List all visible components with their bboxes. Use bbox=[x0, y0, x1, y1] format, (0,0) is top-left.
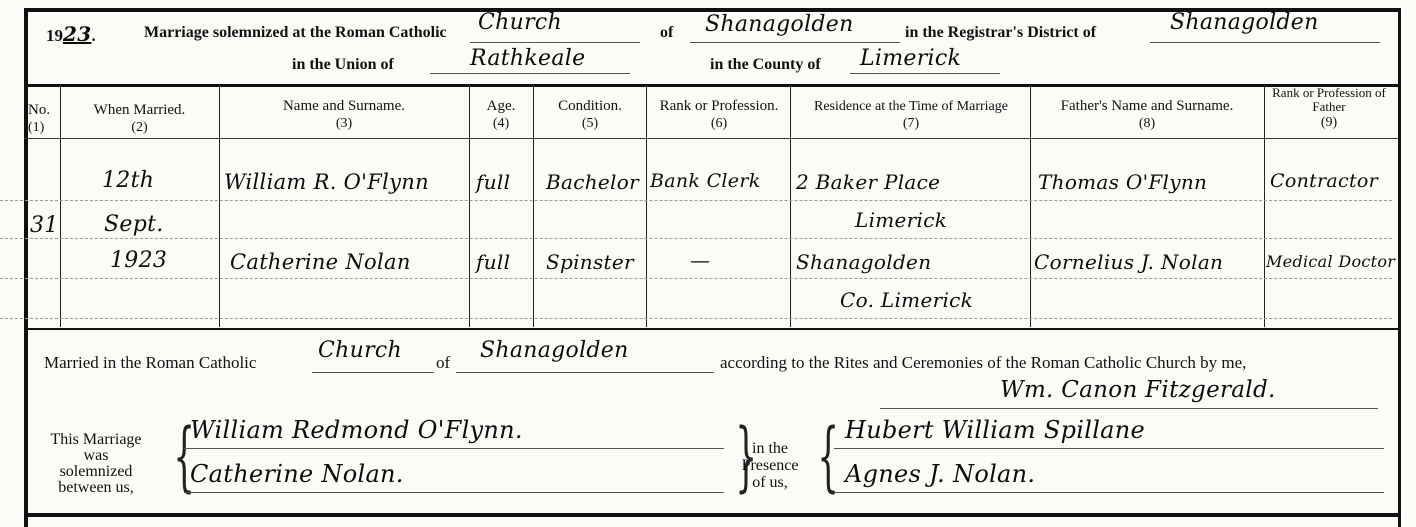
between-label-line: was bbox=[36, 448, 156, 464]
col-divider bbox=[533, 87, 534, 327]
col-label: Rank or Profession. bbox=[648, 98, 790, 115]
union-value: Rathkeale bbox=[470, 46, 585, 71]
witness1-underline bbox=[834, 448, 1384, 449]
witness-1-signature: Hubert William Spillane bbox=[845, 416, 1145, 444]
place-underline bbox=[690, 42, 900, 43]
county-value: Limerick bbox=[860, 46, 961, 71]
groom-father-profession: Contractor bbox=[1270, 170, 1378, 192]
ruled-line bbox=[0, 278, 1392, 279]
officiant-underline bbox=[880, 408, 1378, 409]
bride-profession: — bbox=[690, 248, 710, 272]
groom-name: William R. O'Flynn bbox=[224, 170, 429, 194]
bride-father-profession: Medical Doctor bbox=[1266, 252, 1395, 271]
col-label: Condition. bbox=[535, 98, 645, 115]
married-in-label: Married in the Roman Catholic bbox=[44, 353, 256, 373]
col-label: Name and Surname. bbox=[220, 98, 468, 115]
married-church-underline bbox=[312, 372, 434, 373]
col-num: (3) bbox=[220, 115, 468, 132]
groom-father-name: Thomas O'Flynn bbox=[1038, 170, 1207, 194]
col-divider bbox=[219, 87, 220, 327]
year-period: . bbox=[91, 26, 95, 45]
presence-label: in the Presence of us, bbox=[738, 440, 802, 491]
entry-bottom-rule bbox=[24, 328, 1398, 330]
col-header-age: Age.(4) bbox=[470, 98, 532, 132]
col-label: Father's Name and Surname. bbox=[1032, 98, 1262, 115]
col-num: (9) bbox=[1266, 116, 1392, 130]
col-num: (6) bbox=[648, 115, 790, 132]
bride-condition: Spinster bbox=[546, 250, 634, 274]
col-header-condition: Condition.(5) bbox=[535, 98, 645, 132]
col-divider bbox=[646, 87, 647, 327]
married-of-label: of bbox=[436, 353, 450, 373]
col-num: (7) bbox=[792, 115, 1030, 132]
col-num: (1) bbox=[28, 119, 58, 136]
col-num: (5) bbox=[535, 115, 645, 132]
col-num: (2) bbox=[62, 119, 217, 136]
between-label-line: between us, bbox=[36, 480, 156, 496]
county-label: in the County of bbox=[710, 56, 821, 74]
union-label: in the Union of bbox=[292, 56, 394, 74]
bride-residence-line1: Shanagolden bbox=[796, 250, 931, 274]
year-prefix: 19 bbox=[46, 26, 63, 45]
bottom-rule bbox=[24, 513, 1398, 517]
header-rule bbox=[24, 84, 1398, 87]
party-2-signature: Catherine Nolan. bbox=[190, 460, 404, 488]
right-brace: { bbox=[817, 418, 839, 494]
witness2-underline bbox=[834, 492, 1384, 493]
col-divider bbox=[1030, 87, 1031, 327]
col-header-rank: Rank or Profession.(6) bbox=[648, 98, 790, 132]
between-us-label: This Marriage was solemnized between us, bbox=[36, 432, 156, 496]
col-label: When Married. bbox=[62, 102, 217, 119]
groom-residence-line1: 2 Baker Place bbox=[796, 170, 940, 194]
year-suffix: 23 bbox=[63, 22, 91, 46]
groom-age: full bbox=[476, 170, 510, 194]
between-label-line: solemnized bbox=[36, 464, 156, 480]
col-divider bbox=[60, 87, 61, 327]
header-bottom-rule bbox=[24, 138, 1398, 139]
church-underline bbox=[470, 42, 640, 43]
rites-text: according to the Rites and Ceremonies of… bbox=[720, 353, 1246, 373]
presence-label-line: in the bbox=[738, 440, 802, 457]
entry-date-day: 12th bbox=[102, 168, 154, 193]
district-label: in the Registrar's District of bbox=[905, 24, 1096, 42]
bride-name: Catherine Nolan bbox=[230, 250, 411, 274]
ruled-line bbox=[0, 200, 1392, 201]
groom-residence-line2: Limerick bbox=[855, 208, 947, 232]
year: 1923. bbox=[46, 22, 96, 46]
entry-date-year: 1923 bbox=[110, 248, 167, 273]
church-type: Church bbox=[478, 10, 562, 35]
officiant-signature: Wm. Canon Fitzgerald. bbox=[1000, 377, 1276, 403]
district-underline bbox=[1150, 42, 1380, 43]
col-header-father: Father's Name and Surname.(8) bbox=[1032, 98, 1262, 132]
church-place: Shanagolden bbox=[705, 12, 854, 37]
col-divider bbox=[790, 87, 791, 327]
party-1-signature: William Redmond O'Flynn. bbox=[190, 416, 523, 444]
party1-underline bbox=[184, 448, 724, 449]
col-label: Residence at the Time of Marriage bbox=[792, 98, 1030, 115]
col-label: No. bbox=[28, 102, 58, 119]
bride-father-name: Cornelius J. Nolan bbox=[1034, 250, 1223, 274]
married-church: Church bbox=[318, 338, 402, 363]
witness-2-signature: Agnes J. Nolan. bbox=[845, 460, 1035, 488]
of-label: of bbox=[660, 24, 673, 42]
groom-condition: Bachelor bbox=[546, 170, 639, 194]
bride-age: full bbox=[476, 250, 510, 274]
married-place: Shanagolden bbox=[480, 338, 629, 363]
col-header-father-rank: Rank or Profession of Father(9) bbox=[1266, 86, 1392, 130]
col-header-when: When Married.(2) bbox=[62, 102, 217, 136]
col-divider bbox=[469, 87, 470, 327]
col-num: (8) bbox=[1032, 115, 1262, 132]
ruled-line bbox=[0, 238, 1392, 239]
col-header-name: Name and Surname.(3) bbox=[220, 98, 468, 132]
ruled-line bbox=[0, 318, 1392, 319]
presence-label-line: of us, bbox=[738, 474, 802, 491]
col-divider bbox=[1264, 87, 1265, 327]
col-header-residence: Residence at the Time of Marriage(7) bbox=[792, 98, 1030, 132]
entry-number: 31 bbox=[30, 213, 59, 238]
bride-residence-line2: Co. Limerick bbox=[840, 288, 973, 312]
party2-underline bbox=[184, 492, 724, 493]
groom-profession: Bank Clerk bbox=[650, 170, 761, 192]
col-num: (4) bbox=[470, 115, 532, 132]
col-label: Age. bbox=[470, 98, 532, 115]
married-place-underline bbox=[456, 372, 714, 373]
union-underline bbox=[430, 73, 630, 74]
col-label: Rank or Profession of Father bbox=[1266, 86, 1392, 114]
presence-label-line: Presence bbox=[738, 457, 802, 474]
header-line1-label: Marriage solemnized at the Roman Catholi… bbox=[144, 24, 447, 42]
entry-date-month: Sept. bbox=[104, 212, 164, 237]
county-underline bbox=[850, 73, 1000, 74]
district-value: Shanagolden bbox=[1170, 10, 1319, 35]
between-label-line: This Marriage bbox=[36, 432, 156, 448]
col-header-no: No.(1) bbox=[28, 102, 58, 136]
